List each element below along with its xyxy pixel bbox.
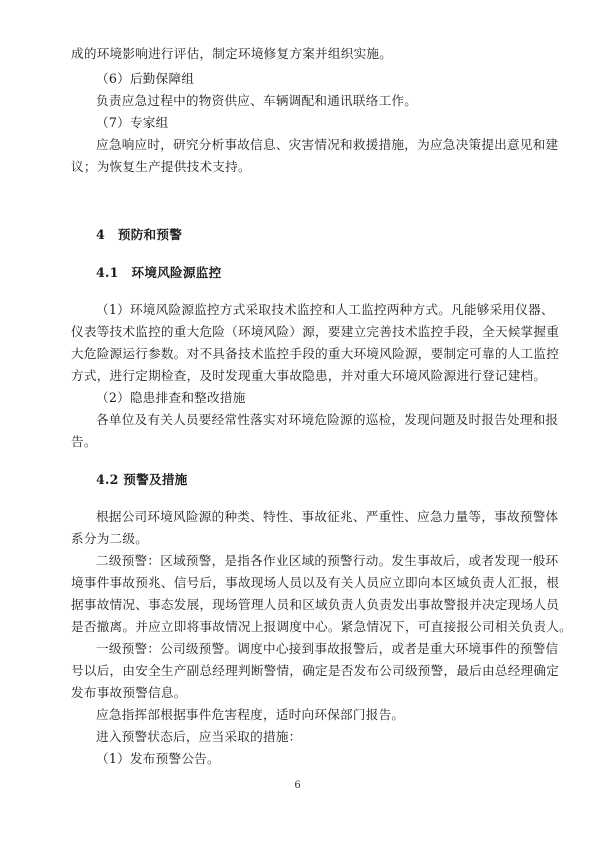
paragraph-line: 方式，进行定期检查，及时发现重大事故隐患，并对重大环境风险源进行登记建档。	[71, 368, 526, 384]
page-number: 6	[0, 780, 595, 791]
paragraph-line: （1）发布预警公告。	[96, 751, 526, 767]
paragraph-line: 仪表等技术监控的重大危险（环境风险）源，要建立完善技术监控手段，全天候掌握重	[71, 324, 526, 340]
section-heading-4-2: 4.2 预警及措施	[96, 472, 551, 488]
paragraph-line: 成的环境影响进行评估，制定环境修复方案并组织实施。	[71, 46, 526, 62]
paragraph-line: 二级预警：区域预警，是指各作业区域的预警行动。发生事故后，或者发现一般环	[96, 553, 526, 569]
paragraph-line: 告。	[71, 434, 526, 450]
paragraph-line: 一级预警：公司级预警。调度中心接到事故报警后，或者是重大环境事件的预警信	[96, 641, 526, 657]
paragraph-line: （6）后勤保障组	[96, 71, 526, 87]
paragraph-line: 根据公司环境风险源的种类、特性、事故征兆、严重性、应急力量等，事故预警体	[96, 509, 526, 525]
paragraph-line: 议；为恢复生产提供技术支持。	[71, 159, 526, 175]
paragraph-line: （1）环境风险源监控方式采取技术监控和人工监控两种方式。凡能够采用仪器、	[96, 302, 526, 318]
document-page: 成的环境影响进行评估，制定环境修复方案并组织实施。（6）后勤保障组负责应急过程中…	[0, 0, 595, 842]
paragraph-line: （2）隐患排查和整改措施	[96, 390, 526, 406]
paragraph-line: 发布事故预警信息。	[71, 685, 526, 701]
section-heading-4: 4 预防和预警	[96, 227, 551, 243]
paragraph-line: 大危险源运行参数。对不具备技术监控手段的重大环境风险源，要制定可靠的人工监控	[71, 346, 526, 362]
paragraph-line: 各单位及有关人员要经常性落实对环境危险源的巡检，发现问题及时报告处理和报	[96, 412, 526, 428]
section-heading-4-1: 4.1 环境风险源监控	[96, 265, 551, 281]
paragraph-line: 是否撤离。并应立即将事故情况上报调度中心。紧急情况下，可直接报公司相关负责人。	[71, 619, 526, 635]
paragraph-line: 进入预警状态后，应当采取的措施：	[96, 729, 526, 745]
paragraph-line: 负责应急过程中的物资供应、车辆调配和通讯联络工作。	[96, 93, 526, 109]
paragraph-line: 应急指挥部根据事件危害程度，适时向环保部门报告。	[96, 707, 526, 723]
paragraph-line: 据事故情况、事态发展，现场管理人员和区域负责人负责发出事故警报并决定现场人员	[71, 597, 526, 613]
paragraph-line: 号以后，由安全生产副总经理判断警情，确定是否发布公司级预警，最后由总经理确定	[71, 663, 526, 679]
paragraph-line: 境事件事故预兆、信号后，事故现场人员以及有关人员应立即向本区域负责人汇报，根	[71, 575, 526, 591]
paragraph-line: 应急响应时，研究分析事故信息、灾害情况和救援措施，为应急决策提出意见和建	[96, 137, 526, 153]
paragraph-line: （7）专家组	[96, 115, 526, 131]
paragraph-line: 系分为二级。	[71, 531, 526, 547]
